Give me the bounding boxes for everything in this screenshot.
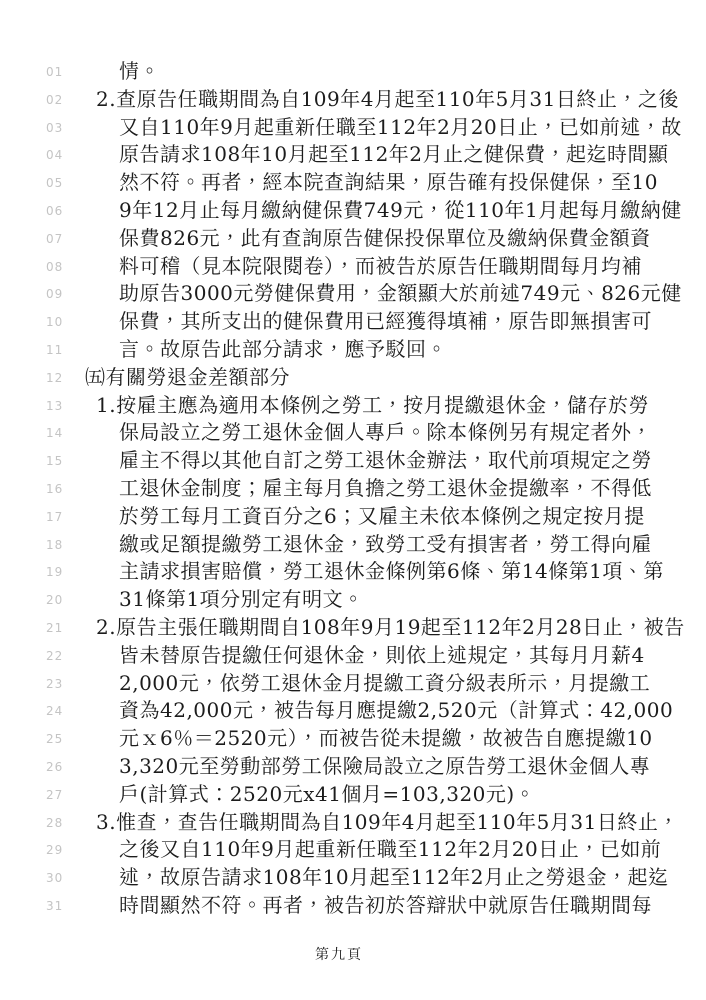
document-line: 12㈤有關勞退金差額部分 — [0, 364, 706, 392]
line-number: 13 — [46, 400, 63, 412]
line-text: 31條第1項分別定有明文。 — [119, 586, 364, 614]
line-number: 04 — [46, 149, 63, 161]
document-line: 15雇主不得以其他自訂之勞工退休金辦法，取代前項規定之勞 — [0, 447, 706, 475]
document-line: 30述，故原告請求108年10月起至112年2月止之勞退金，起迄 — [0, 864, 706, 892]
line-text: 然不符。再者，經本院查詢結果，原告確有投保健保，至10 — [119, 169, 658, 197]
line-text: 1.按雇主應為適用本條例之勞工，按月提繳退休金，儲存於勞 — [96, 392, 649, 420]
line-text: 言。故原告此部分請求，應予駁回。 — [119, 336, 447, 364]
line-text: 皆未替原告提繳任何退休金，則依上述規定，其每月月薪4 — [119, 642, 645, 670]
line-text: ㈤有關勞退金差額部分 — [85, 364, 290, 392]
line-text: 保費，其所支出的健保費用已經獲得填補，原告即無損害可 — [119, 308, 652, 336]
line-text: 3.惟查，查告任職期間為自109年4月起至110年5月31日終止， — [96, 809, 679, 837]
document-line: 232,000元，依勞工退休金月提繳工資分級表所示，月提繳工 — [0, 670, 706, 698]
line-number: 10 — [46, 316, 63, 328]
line-text: 2.原告主張任職期間自108年9月19起至112年2月28日止，被告 — [96, 614, 685, 642]
line-number: 14 — [46, 427, 63, 439]
document-line: 27戶(計算式：2520元x41個月=103,320元)。 — [0, 781, 706, 809]
line-number: 19 — [46, 566, 63, 578]
line-number: 31 — [46, 900, 63, 912]
line-number: 26 — [46, 761, 63, 773]
document-lines: 01情。022.查原告任職期間為自109年4月起至110年5月31日終止，之後0… — [0, 58, 706, 920]
line-number: 16 — [46, 483, 63, 495]
line-number: 17 — [46, 511, 63, 523]
line-text: 戶(計算式：2520元x41個月=103,320元)。 — [119, 781, 535, 809]
line-text: 保局設立之勞工退休金個人專戶。除本條例另有規定者外， — [119, 419, 652, 447]
line-number: 11 — [46, 344, 63, 356]
line-text: 又自110年9月起重新任職至112年2月20日止，已如前述，故 — [119, 114, 682, 142]
document-line: 04原告請求108年10月起至112年2月止之健保費，起迄時間顯 — [0, 141, 706, 169]
line-number: 09 — [46, 288, 63, 300]
line-text: 元ｘ6％＝2520元），而被告從未提繳，故被告自應提繳10 — [119, 725, 653, 753]
document-line: 08料可稽（見本院限閱卷），而被告於原告任職期間每月均補 — [0, 253, 706, 281]
page-footer: 第九頁 — [0, 944, 678, 964]
line-number: 08 — [46, 261, 63, 273]
line-number: 18 — [46, 539, 63, 551]
line-text: 助原告3000元勞健保費用，金額顯大於前述749元、826元健 — [119, 280, 682, 308]
line-text: 資為42,000元，被告每月應提繳2,520元（計算式：42,000 — [119, 697, 673, 725]
document-line: 283.惟查，查告任職期間為自109年4月起至110年5月31日終止， — [0, 809, 706, 837]
line-text: 2.查原告任職期間為自109年4月起至110年5月31日終止，之後 — [96, 86, 679, 114]
line-number: 15 — [46, 455, 63, 467]
document-line: 05然不符。再者，經本院查詢結果，原告確有投保健保，至10 — [0, 169, 706, 197]
line-number: 30 — [46, 872, 63, 884]
line-text: 雇主不得以其他自訂之勞工退休金辦法，取代前項規定之勞 — [119, 447, 652, 475]
line-text: 繳或足額提繳勞工退休金，致勞工受有損害者，勞工得向雇 — [119, 531, 652, 559]
document-line: 07保費826元，此有查詢原告健保投保單位及繳納保費金額資 — [0, 225, 706, 253]
document-line: 022.查原告任職期間為自109年4月起至110年5月31日終止，之後 — [0, 86, 706, 114]
document-line: 22皆未替原告提繳任何退休金，則依上述規定，其每月月薪4 — [0, 642, 706, 670]
line-number: 20 — [46, 594, 63, 606]
line-number: 07 — [46, 233, 63, 245]
document-line: 17於勞工每月工資百分之6；又雇主未依本條例之規定按月提 — [0, 503, 706, 531]
document-line: 10保費，其所支出的健保費用已經獲得填補，原告即無損害可 — [0, 308, 706, 336]
document-line: 03又自110年9月起重新任職至112年2月20日止，已如前述，故 — [0, 114, 706, 142]
document-line: 09助原告3000元勞健保費用，金額顯大於前述749元、826元健 — [0, 280, 706, 308]
line-text: 原告請求108年10月起至112年2月止之健保費，起迄時間顯 — [119, 141, 669, 169]
document-line: 31時間顯然不符。再者，被告初於答辯狀中就原告任職期間每 — [0, 892, 706, 920]
line-number: 01 — [46, 66, 63, 78]
document-line: 11言。故原告此部分請求，應予駁回。 — [0, 336, 706, 364]
line-number: 05 — [46, 177, 63, 189]
line-number: 03 — [46, 122, 63, 134]
document-line: 2031條第1項分別定有明文。 — [0, 586, 706, 614]
document-line: 131.按雇主應為適用本條例之勞工，按月提繳退休金，儲存於勞 — [0, 392, 706, 420]
document-line: 25元ｘ6％＝2520元），而被告從未提繳，故被告自應提繳10 — [0, 725, 706, 753]
line-text: 情。 — [119, 58, 160, 86]
document-line: 212.原告主張任職期間自108年9月19起至112年2月28日止，被告 — [0, 614, 706, 642]
document-line: 16工退休金制度；雇主每月負擔之勞工退休金提繳率，不得低 — [0, 475, 706, 503]
line-number: 12 — [46, 372, 63, 384]
document-line: 18繳或足額提繳勞工退休金，致勞工受有損害者，勞工得向雇 — [0, 531, 706, 559]
line-number: 25 — [46, 733, 63, 745]
line-number: 29 — [46, 844, 63, 856]
line-number: 22 — [46, 650, 63, 662]
line-number: 06 — [46, 205, 63, 217]
line-number: 02 — [46, 94, 63, 106]
line-text: 料可稽（見本院限閱卷），而被告於原告任職期間每月均補 — [119, 253, 642, 281]
line-text: 於勞工每月工資百分之6；又雇主未依本條例之規定按月提 — [119, 503, 645, 531]
line-number: 21 — [46, 622, 63, 634]
line-text: 工退休金制度；雇主每月負擔之勞工退休金提繳率，不得低 — [119, 475, 652, 503]
line-number: 27 — [46, 789, 63, 801]
line-number: 28 — [46, 817, 63, 829]
line-text: 9年12月止每月繳納健保費749元，從110年1月起每月繳納健 — [119, 197, 682, 225]
line-text: 2,000元，依勞工退休金月提繳工資分級表所示，月提繳工 — [119, 670, 650, 698]
line-text: 時間顯然不符。再者，被告初於答辯狀中就原告任職期間每 — [119, 892, 652, 920]
document-line: 01情。 — [0, 58, 706, 86]
document-line: 24資為42,000元，被告每月應提繳2,520元（計算式：42,000 — [0, 697, 706, 725]
line-text: 主請求損害賠償，勞工退休金條例第6條、第14條第1項、第 — [119, 558, 664, 586]
document-line: 14保局設立之勞工退休金個人專戶。除本條例另有規定者外， — [0, 419, 706, 447]
document-line: 29之後又自110年9月起重新任職至112年2月20日止，已如前 — [0, 836, 706, 864]
line-text: 3,320元至勞動部勞工保險局設立之原告勞工退休金個人專 — [119, 753, 650, 781]
document-line: 069年12月止每月繳納健保費749元，從110年1月起每月繳納健 — [0, 197, 706, 225]
document-line: 263,320元至勞動部勞工保險局設立之原告勞工退休金個人專 — [0, 753, 706, 781]
line-text: 述，故原告請求108年10月起至112年2月止之勞退金，起迄 — [119, 864, 669, 892]
line-number: 24 — [46, 705, 63, 717]
line-text: 保費826元，此有查詢原告健保投保單位及繳納保費金額資 — [119, 225, 651, 253]
document-line: 19主請求損害賠償，勞工退休金條例第6條、第14條第1項、第 — [0, 558, 706, 586]
line-number: 23 — [46, 678, 63, 690]
document-page: 01情。022.查原告任職期間為自109年4月起至110年5月31日終止，之後0… — [0, 0, 706, 1000]
line-text: 之後又自110年9月起重新任職至112年2月20日止，已如前 — [119, 836, 661, 864]
